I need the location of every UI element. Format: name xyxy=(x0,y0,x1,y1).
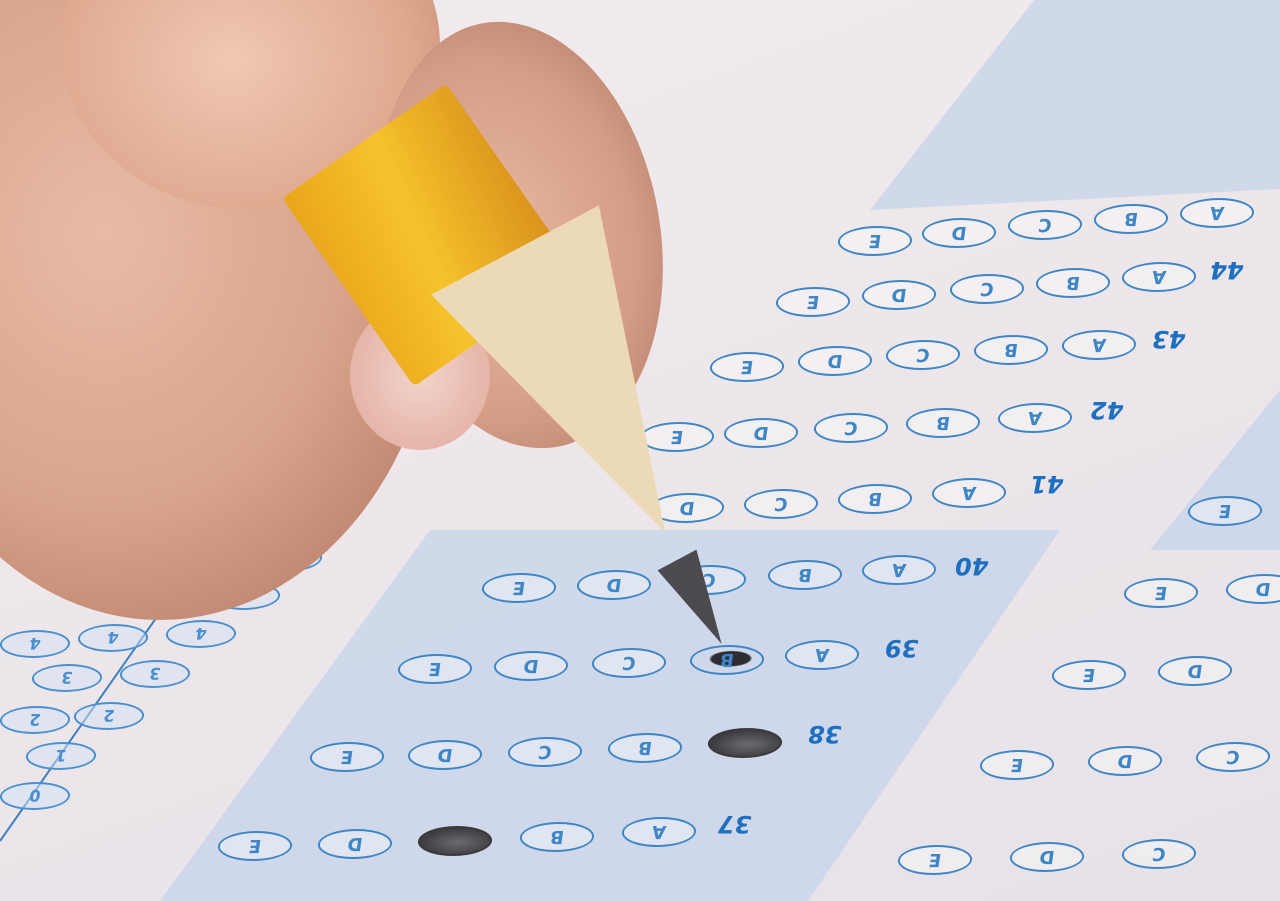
answer-bubble-45-E[interactable]: E xyxy=(836,226,914,256)
id-digit-bubble[interactable]: 4 xyxy=(0,630,72,658)
question-number: 37 xyxy=(718,810,751,838)
answer-bubble-right-D[interactable]: D xyxy=(1008,842,1086,872)
answer-bubble-42-B[interactable]: B xyxy=(904,408,982,438)
answer-bubble-45-D[interactable]: D xyxy=(920,218,998,248)
answer-bubble-right-D[interactable]: D xyxy=(1156,656,1234,686)
answer-bubble-45-A[interactable]: A xyxy=(1178,198,1256,228)
answer-bubble-43-B[interactable]: B xyxy=(972,335,1050,365)
answer-sheet-photo: 40 A B C D E 39 A B C D E 38 A B C D E 3… xyxy=(0,0,1280,901)
answer-bubble-43-E[interactable]: E xyxy=(708,352,786,382)
question-number: 39 xyxy=(885,634,918,662)
id-digit-bubble[interactable]: 4 xyxy=(76,624,150,652)
answer-bubble-45-C[interactable]: C xyxy=(1006,210,1084,240)
answer-bubble-44-A[interactable]: A xyxy=(1120,262,1198,292)
question-number: 38 xyxy=(808,720,841,748)
answer-bubble-42-D[interactable]: D xyxy=(722,418,800,448)
answer-bubble-41-A[interactable]: A xyxy=(930,478,1008,508)
answer-bubble-right-E[interactable]: E xyxy=(1050,660,1128,690)
id-digit-bubble[interactable]: 4 xyxy=(164,620,238,648)
answer-bubble-41-B[interactable]: B xyxy=(836,484,914,514)
answer-bubble-right-E[interactable]: E xyxy=(1122,578,1200,608)
answer-bubble-41-C[interactable]: C xyxy=(742,489,820,519)
answer-bubble-45-B[interactable]: B xyxy=(1092,204,1170,234)
id-digit-bubble[interactable]: 3 xyxy=(30,664,104,692)
id-digit-bubble[interactable]: 2 xyxy=(0,706,72,734)
answer-bubble-right-C[interactable]: C xyxy=(1120,839,1198,869)
answer-bubble-43-C[interactable]: C xyxy=(884,340,962,370)
answer-bubble-42-C[interactable]: C xyxy=(812,413,890,443)
question-number: 44 xyxy=(1210,256,1243,284)
answer-bubble-right-E[interactable]: E xyxy=(978,750,1056,780)
shaded-band-right xyxy=(1150,390,1280,550)
id-digit-bubble[interactable]: 0 xyxy=(0,782,72,810)
question-number: 43 xyxy=(1152,325,1185,353)
answer-bubble-right-C[interactable]: C xyxy=(1194,742,1272,772)
id-digit-bubble[interactable]: 2 xyxy=(72,702,146,730)
answer-bubble-44-B[interactable]: B xyxy=(1034,268,1112,298)
question-number: 40 xyxy=(955,552,988,580)
id-digit-bubble[interactable]: 1 xyxy=(24,742,98,770)
answer-bubble-43-A[interactable]: A xyxy=(1060,330,1138,360)
answer-bubble-44-C[interactable]: C xyxy=(948,274,1026,304)
answer-bubble-right-D[interactable]: D xyxy=(1086,746,1164,776)
answer-bubble-right-D[interactable]: D xyxy=(1224,574,1280,604)
question-number: 42 xyxy=(1090,396,1123,424)
answer-bubble-43-D[interactable]: D xyxy=(796,346,874,376)
id-digit-bubble[interactable]: 3 xyxy=(118,660,192,688)
answer-bubble-right-E[interactable]: E xyxy=(896,845,974,875)
answer-bubble-44-D[interactable]: D xyxy=(860,280,938,310)
shaded-band-top-right xyxy=(870,0,1280,210)
question-number: 41 xyxy=(1030,470,1063,498)
answer-bubble-44-E[interactable]: E xyxy=(774,287,852,317)
answer-bubble-42-A[interactable]: A xyxy=(996,403,1074,433)
